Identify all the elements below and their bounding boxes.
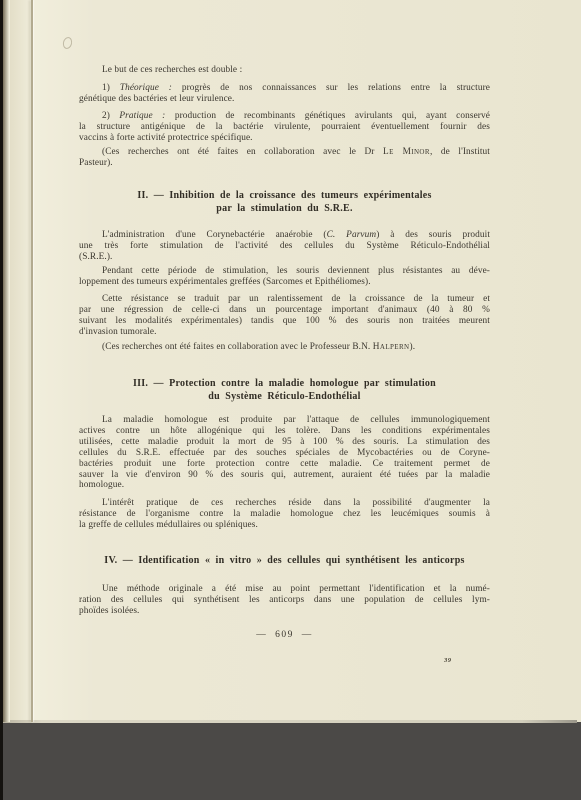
text-line: d'invasion tumorale. xyxy=(79,327,490,338)
paper-bottom-edge xyxy=(2,720,577,723)
paragraph-pendant: Pendant cette période de stimulation, le… xyxy=(79,266,490,288)
heading-section-ii: II. — Inhibition de la croissance des tu… xyxy=(79,189,490,215)
text-line: une très forte stimulation de l'activité… xyxy=(79,241,490,252)
paragraph-intro: Le but de ces recherches est double : xyxy=(79,65,490,76)
text-line: phoïdes isolées. xyxy=(79,606,490,617)
text-line: par une régression de celle-ci dans un p… xyxy=(79,305,490,316)
paragraph-theorique: 1) Théorique : progrès de nos connaissan… xyxy=(79,83,490,105)
text-line: actives contre un hôte allogénique qui l… xyxy=(79,426,490,437)
text-line: (Ces recherches ont été faites en collab… xyxy=(79,147,490,158)
page-gutter-crease xyxy=(31,0,33,722)
text-line: IV. — Identification « in vitro » des ce… xyxy=(79,554,490,567)
text-line: Cette résistance se traduit par un ralen… xyxy=(79,294,490,305)
paragraph-credit-le-minor: (Ces recherches ont été faites en collab… xyxy=(79,147,490,169)
text-line: la structure antigénique de la bactérie … xyxy=(79,122,490,133)
text-line: vaccins à forte activité protectrice spé… xyxy=(79,133,490,144)
text-line: loppement des tumeurs expérimentales gre… xyxy=(79,277,490,288)
text-line: III. — Protection contre la maladie homo… xyxy=(79,377,490,390)
text-line: la greffe de cellules médullaires ou spl… xyxy=(79,520,490,531)
text-line: (S.R.E.). xyxy=(79,252,490,263)
scanned-book-page: Le but de ces recherches est double : 1)… xyxy=(0,0,581,800)
text-line: par la stimulation du S.R.E. xyxy=(79,202,490,215)
text-line: sauver la vie d'environ 90 % des souris … xyxy=(79,470,490,481)
paragraph-methode: Une méthode originale a été mise au poin… xyxy=(79,584,490,617)
text-line: 1) Théorique : progrès de nos connaissan… xyxy=(79,83,490,94)
text-line: 2) Pratique : production de recombinants… xyxy=(79,111,490,122)
text-line: (Ces recherches ont été faites en collab… xyxy=(79,342,490,353)
paragraph-pratique: 2) Pratique : production de recombinants… xyxy=(79,111,490,144)
text-line: L'administration d'une Corynebactérie an… xyxy=(79,230,490,241)
gutter-shadow xyxy=(3,0,10,722)
text-line: La maladie homologue est produite par l'… xyxy=(79,415,490,426)
text-line: Pasteur). xyxy=(79,158,490,169)
text-line: II. — Inhibition de la croissance des tu… xyxy=(79,189,490,202)
paragraph-maladie-homologue: La maladie homologue est produite par l'… xyxy=(79,415,490,491)
text-line: bactéries produit une forte protection c… xyxy=(79,459,490,470)
paragraph-resistance: Cette résistance se traduit par un ralen… xyxy=(79,294,490,338)
text-line: homologue. xyxy=(79,480,490,491)
text-line: ration des cellules qui synthétisent les… xyxy=(79,595,490,606)
heading-section-iii: III. — Protection contre la maladie homo… xyxy=(79,377,490,403)
text-line: Le but de ces recherches est double : xyxy=(79,65,490,76)
text-line: résistance de l'organisme contre la mala… xyxy=(79,509,490,520)
paragraph-credit-halpern: (Ces recherches ont été faites en collab… xyxy=(79,342,490,353)
heading-section-iv: IV. — Identification « in vitro » des ce… xyxy=(79,554,490,567)
text-line: utilisées, cette maladie produit la mort… xyxy=(79,437,490,448)
paragraph-administration: L'administration d'une Corynebactérie an… xyxy=(79,230,490,263)
text-line: génétique des bactéries et leur virulenc… xyxy=(79,94,490,105)
text-line: L'intérêt pratique de ces recherches rés… xyxy=(79,498,490,509)
page-number: — 609 — xyxy=(79,630,490,640)
text-line: du Système Réticulo-Endothélial xyxy=(79,390,490,403)
signature-mark: 39 xyxy=(444,657,452,664)
text-line: Pendant cette période de stimulation, le… xyxy=(79,266,490,277)
text-line: cellules du S.R.E. effectuée par des sou… xyxy=(79,448,490,459)
text-line: suivant les modalités expérimentales) ta… xyxy=(79,316,490,327)
text-line: Une méthode originale a été mise au poin… xyxy=(79,584,490,595)
paragraph-interet-pratique: L'intérêt pratique de ces recherches rés… xyxy=(79,498,490,531)
